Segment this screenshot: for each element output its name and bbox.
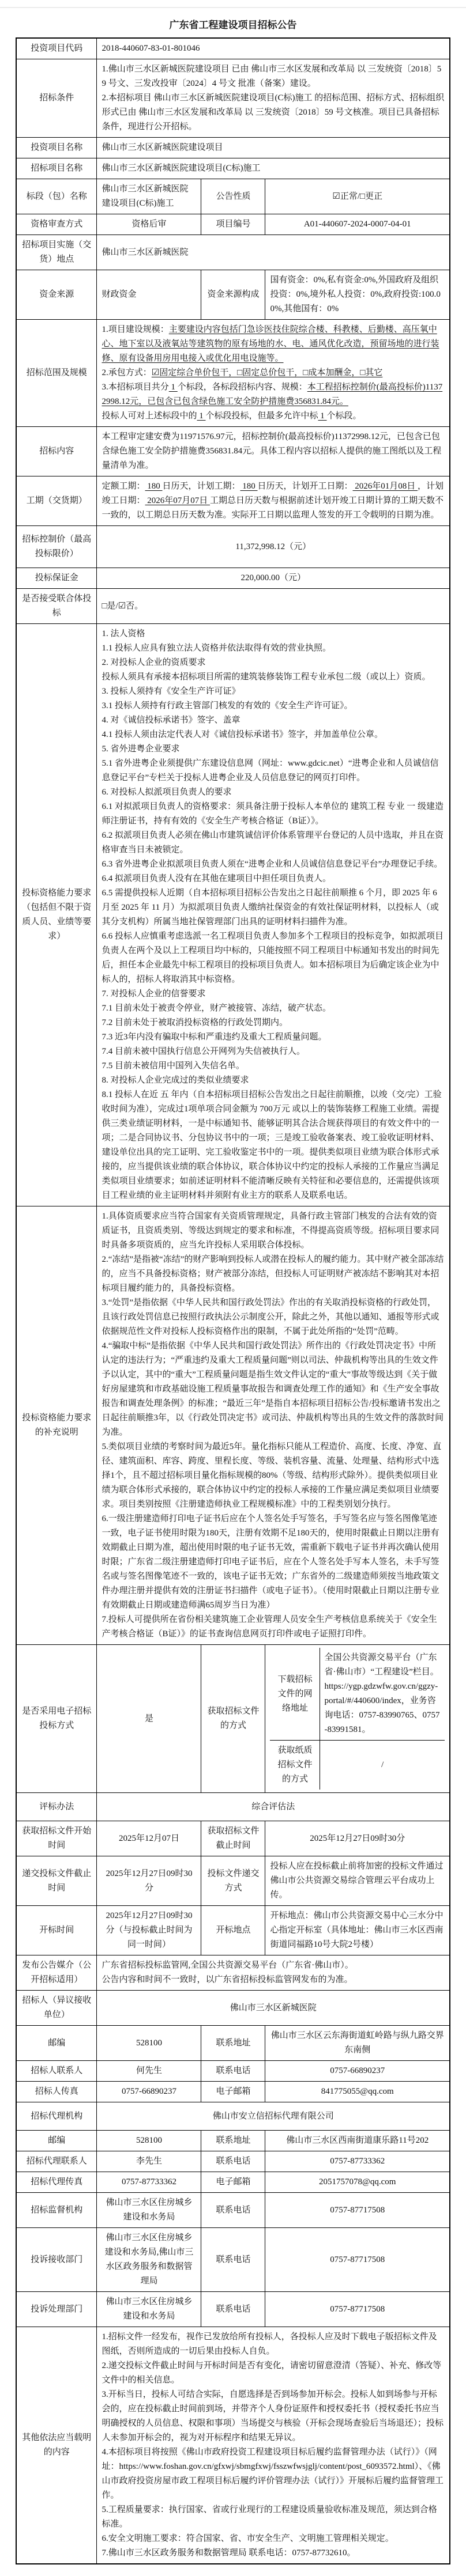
row-tenderer-contact: 招标人联系人 何先生 联系电话 0757-66890237 (16, 2061, 450, 2082)
agency-phone-label: 联系电话 (201, 2151, 265, 2172)
doc-start-time-label: 获取招标文件开始时间 (16, 1821, 97, 1856)
tenderer-postcode-value: 528100 (97, 2026, 201, 2061)
capability-requirements-label: 投标资格能力要求（包括但不限于资质人员、业绩等要求） (16, 624, 97, 1206)
opening-place-value: 开标地点：佛山市公共资源交易中心三水分中心指定开标室（具体地址：佛山市三水区西南… (265, 1906, 450, 1955)
project-number-label: 项目编号 (201, 214, 265, 235)
submission-deadline-label: 递交投标文件截止时间 (16, 1856, 97, 1906)
other-content-label: 其他依法应当载明的内容 (16, 2327, 97, 2564)
tenderer-address-value: 佛山市三水区云东海街道虹岭路与纵九路交界 东南侧 (265, 2026, 450, 2061)
doc-end-time-value: 2025年12月27日09时30分 (265, 1821, 450, 1856)
row-tender-conditions: 招标条件 1.佛山市三水区新城医院建设项目 已由 佛山市三水区发展和改革局 以 … (16, 59, 450, 138)
row-capability-supplement: 投标资格能力要求的补充说明 1.具体资质要求应当符合国家有关资质管理规定，具备行… (16, 1206, 450, 1645)
delivery-location-label: 招标项目实施（交货）地点 (16, 235, 97, 270)
electronic-bidding-value: 是 (97, 1645, 201, 1793)
submission-method-value: 投标人应在投标截止前将加密的投标文件通过佛山市公共资源交易综合管理云平台成功上传… (265, 1856, 450, 1906)
investment-project-name-label: 投资项目名称 (16, 138, 97, 158)
row-delivery-location: 招标项目实施（交货）地点 佛山市三水区新城医院 (16, 235, 450, 270)
project-number-value: A01-440607-2024-0007-04-01 (265, 214, 450, 235)
electronic-bidding-label: 是否采用电子招标投标方式 (16, 1645, 97, 1793)
row-complaint-handling: 投诉处理部门 佛山市三水区住房城乡建设和水务局 联系电话 0757-877175… (16, 2292, 450, 2327)
row-agency: 招标代理机构 佛山市安立信招标代理有限公司 (16, 2102, 450, 2131)
supervision-phone-value: 0757-87717508 (265, 2193, 450, 2228)
notice-nature-value: ☑正常/□更正 (265, 179, 450, 214)
complaint-receiving-phone-label: 联系电话 (201, 2228, 265, 2292)
announcement-media-label: 发布公告媒介（公开招标适用） (16, 1955, 97, 1991)
construction-period-label: 工期（交货期） (16, 476, 97, 526)
tenderer-email-value: 841775055@qq.com (265, 2082, 450, 2102)
tender-scope-label: 招标范围及规模 (16, 320, 97, 427)
row-electronic-bidding: 是否采用电子招标投标方式 是 获取招标文件的方式 下载招标文件的网络地址 全国公… (16, 1645, 450, 1793)
control-price-label: 招标控制价（最高投标限价） (16, 526, 97, 568)
tender-conditions-value: 1.佛山市三水区新城医院建设项目 已由 佛山市三水区发展和改革局 以 三发统资〔… (97, 59, 450, 138)
row-submission-deadline: 递交投标文件截止时间 2025年12月27日09时30分 投标文件递交方式 投标… (16, 1856, 450, 1906)
agency-address-value: 佛山市三水区西南街道康乐路11号202 (265, 2131, 450, 2151)
complaint-handling-label: 投诉处理部门 (16, 2292, 97, 2327)
funding-source-label: 资金来源 (16, 270, 97, 320)
row-tenderer: 招标人（异议接收单位） 佛山市三水区新城医院 (16, 1991, 450, 2026)
qualification-method-label: 资格审查方式 (16, 214, 97, 235)
project-code-label: 投资项目代码 (16, 38, 97, 59)
row-announcement-media: 发布公告媒介（公开招标适用） 广东省招标投标监管网,全国公共资源交易平台（广东省… (16, 1955, 450, 1991)
row-tender-project-name: 招标项目名称 佛山市三水区新城医院建设项目(C标)施工 (16, 158, 450, 179)
complaint-handling-value: 佛山市三水区住房城乡建设和水务局 (97, 2292, 201, 2327)
complaint-receiving-phone-value: 0757-87717508 (265, 2228, 450, 2292)
section-name-value: 佛山市三水区新城医院建设项目(C标)施工 (97, 179, 201, 214)
doc-start-time-value: 2025年12月07日 (97, 1821, 201, 1856)
submission-method-label: 投标文件递交方式 (201, 1856, 265, 1906)
evaluation-method-label: 评标办法 (16, 1793, 97, 1821)
row-capability-requirements: 投标资格能力要求（包括但不限于资质人员、业绩等要求） 1. 法人资格1.1 投标… (16, 624, 450, 1206)
agency-fax-value: 0757-87733362 (97, 2172, 201, 2193)
funding-composition-value: 国有资金：0%,私有资金:0%,外国政府及组织投资：0%,境外私人投资：0%,政… (265, 270, 450, 320)
consortium-bidding-label: 是否接受联合体投标 (16, 589, 97, 624)
tenderer-fax-value: 0757-66890237 (97, 2082, 201, 2102)
doc-acquisition-cell: 下载招标文件的网络地址 全国公共资源交易平台（广东省·佛山市）“工程建设”栏目。… (265, 1645, 450, 1793)
agency-contact-value: 李先生 (97, 2151, 201, 2172)
evaluation-method-value: 综合评估法 (97, 1793, 450, 1821)
tender-project-name-label: 招标项目名称 (16, 158, 97, 179)
row-section-name: 标段（包）名称 佛山市三水区新城医院建设项目(C标)施工 公告性质 ☑正常/□更… (16, 179, 450, 214)
investment-project-name-value: 佛山市三水区新城医院建设项目 (97, 138, 450, 158)
complaint-handling-phone-label: 联系电话 (201, 2292, 265, 2327)
complaint-handling-phone-value: 0757-87717508 (265, 2292, 450, 2327)
row-consortium-bidding: 是否接受联合体投标 □是/☑否。 (16, 589, 450, 624)
row-tender-scope: 招标范围及规模 1.项目建设规模：主要建设内容包括门急诊医技住院综合楼、科教楼、… (16, 320, 450, 427)
tender-project-name-value: 佛山市三水区新城医院建设项目(C标)施工 (97, 158, 450, 179)
agency-address-label: 联系地址 (201, 2131, 265, 2151)
agency-label: 招标代理机构 (16, 2102, 97, 2131)
download-address-value: 全国公共资源交易平台（广东省·佛山市）“工程建设”栏目。https://ygp.… (320, 1648, 445, 1741)
opening-place-label: 开标地点 (201, 1906, 265, 1955)
bid-bond-label: 投标保证金 (16, 568, 97, 589)
row-doc-acquisition-time: 获取招标文件开始时间 2025年12月07日 获取招标文件截止时间 2025年1… (16, 1821, 450, 1856)
tenderer-fax-label: 招标人传真 (16, 2082, 97, 2102)
row-funding-source: 资金来源 财政资金 资金来源构成 国有资金：0%,私有资金:0%,外国政府及组织… (16, 270, 450, 320)
top-divider (0, 7, 466, 8)
tender-scope-value: 1.项目建设规模：主要建设内容包括门急诊医技住院综合楼、科教楼、后勤楼、高压氧中… (97, 320, 450, 427)
agency-email-label: 电子邮箱 (201, 2172, 265, 2193)
funding-source-value: 财政资金 (97, 270, 201, 320)
row-supervision-agency: 招标监督机构 佛山市三水区住房城乡建设和水务局 联系电话 0757-877175… (16, 2193, 450, 2228)
capability-supplement-label: 投标资格能力要求的补充说明 (16, 1206, 97, 1645)
row-control-price: 招标控制价（最高投标限价） 11,372,998.12（元） (16, 526, 450, 568)
row-agency-contact: 招标代理联系人 李先生 联系电话 0757-87733362 (16, 2151, 450, 2172)
control-price-value: 11,372,998.12（元） (97, 526, 450, 568)
opening-time-value: 2025年12月27日09时30分（与投标截止时间为同一时间） (97, 1906, 201, 1955)
submission-deadline-value: 2025年12月27日09时30分 (97, 1856, 201, 1906)
complaint-receiving-value: 佛山市三水区住房城乡建设和水务局,佛山市三水区政务服务和数据管理局 (97, 2228, 201, 2292)
row-investment-project-name: 投资项目名称 佛山市三水区新城医院建设项目 (16, 138, 450, 158)
agency-phone-value: 0757-87733362 (265, 2151, 450, 2172)
tender-content-label: 招标内容 (16, 427, 97, 476)
agency-email-value: 2051757078@qq.com (265, 2172, 450, 2193)
capability-requirements-value: 1. 法人资格1.1 投标人应具有独立法人资格并依法取得有效的营业执照。2. 对… (97, 624, 450, 1206)
project-code-value: 2018-440607-83-01-801046 (97, 38, 450, 59)
agency-postcode-value: 528100 (97, 2131, 201, 2151)
row-complaint-receiving: 投诉接收部门 佛山市三水区住房城乡建设和水务局,佛山市三水区政务服务和数据管理局… (16, 2228, 450, 2292)
qualification-method-value: 资格后审 (97, 214, 201, 235)
row-evaluation-method: 评标办法 综合评估法 (16, 1793, 450, 1821)
agency-contact-label: 招标代理联系人 (16, 2151, 97, 2172)
construction-period-value: 定额工期： 180 日历天，计划工期： 180 日历天，计划开工日期： 2026… (97, 476, 450, 526)
row-agency-fax: 招标代理传真 0757-87733362 电子邮箱 2051757078@qq.… (16, 2172, 450, 2193)
tender-content-value: 本工程审定建安费为11971576.97元，招标控制价(最高投标价)113729… (97, 427, 450, 476)
row-bid-bond: 投标保证金 220,000.00（元） (16, 568, 450, 589)
complaint-receiving-label: 投诉接收部门 (16, 2228, 97, 2292)
row-project-code: 投资项目代码 2018-440607-83-01-801046 (16, 38, 450, 59)
doc-acquisition-method-label: 获取招标文件的方式 (201, 1645, 265, 1793)
agency-fax-label: 招标代理传真 (16, 2172, 97, 2193)
delivery-location-value: 佛山市三水区新城医院 (97, 235, 450, 270)
tender-announcement-table: 投资项目代码 2018-440607-83-01-801046 招标条件 1.佛… (16, 37, 450, 2564)
tenderer-address-label: 联系地址 (201, 2026, 265, 2061)
tender-conditions-label: 招标条件 (16, 59, 97, 138)
notice-nature-label: 公告性质 (201, 179, 265, 214)
funding-composition-label: 资金来源构成 (201, 270, 265, 320)
tenderer-phone-value: 0757-66890237 (265, 2061, 450, 2082)
row-construction-period: 工期（交货期） 定额工期： 180 日历天，计划工期： 180 日历天，计划开工… (16, 476, 450, 526)
doc-end-time-label: 获取招标文件截止时间 (201, 1821, 265, 1856)
row-tenderer-postcode: 邮编 528100 联系地址 佛山市三水区云东海街道虹岭路与纵九路交界 东南侧 (16, 2026, 450, 2061)
consortium-bidding-value: □是/☑否。 (97, 589, 450, 624)
row-tenderer-fax: 招标人传真 0757-66890237 电子邮箱 841775055@qq.co… (16, 2082, 450, 2102)
tenderer-postcode-label: 邮编 (16, 2026, 97, 2061)
tenderer-contact-label: 招标人联系人 (16, 2061, 97, 2082)
section-name-label: 标段（包）名称 (16, 179, 97, 214)
row-agency-postcode: 邮编 528100 联系地址 佛山市三水区西南街道康乐路11号202 (16, 2131, 450, 2151)
row-other-content: 其他依法应当载明的内容 1.招标文件一经发布，视作已发放给所有投标人，各投标人应… (16, 2327, 450, 2564)
supervision-phone-label: 联系电话 (201, 2193, 265, 2228)
capability-supplement-value: 1.具体资质要求应当符合国家有关资质管理规定，具备行政主管部门核发的合法有效的资… (97, 1206, 450, 1645)
paper-document-method-value: / (320, 1741, 445, 1790)
other-content-value: 1.招标文件一经发布，视作已发放给所有投标人，各投标人应及时下载电子版招标文件及… (97, 2327, 450, 2564)
agency-value: 佛山市安立信招标代理有限公司 (97, 2102, 450, 2131)
tenderer-email-label: 电子邮箱 (201, 2082, 265, 2102)
row-paper-document-method: 获取纸质招标文件的方式 / (270, 1741, 445, 1790)
row-tender-content: 招标内容 本工程审定建安费为11971576.97元，招标控制价(最高投标价)1… (16, 427, 450, 476)
bid-bond-value: 220,000.00（元） (97, 568, 450, 589)
tenderer-phone-label: 联系电话 (201, 2061, 265, 2082)
supervision-agency-value: 佛山市三水区住房城乡建设和水务局 (97, 2193, 201, 2228)
paper-document-method-label: 获取纸质招标文件的方式 (270, 1741, 320, 1790)
opening-time-label: 开标时间 (16, 1906, 97, 1955)
row-qualification-method: 资格审查方式 资格后审 项目编号 A01-440607-2024-0007-04… (16, 214, 450, 235)
tenderer-value: 佛山市三水区新城医院 (97, 1991, 450, 2026)
tenderer-label: 招标人（异议接收单位） (16, 1991, 97, 2026)
tenderer-contact-value: 何先生 (97, 2061, 201, 2082)
announcement-media-value: 广东省招标投标监管网,全国公共资源交易平台（广东省·佛山市）。公告内容和时间不一… (97, 1955, 450, 1991)
download-address-label: 下载招标文件的网络地址 (270, 1648, 320, 1741)
row-bid-opening: 开标时间 2025年12月27日09时30分（与投标截止时间为同一时间） 开标地… (16, 1906, 450, 1955)
page-title: 广东省工程建设项目招标公告 (0, 17, 466, 31)
supervision-agency-label: 招标监督机构 (16, 2193, 97, 2228)
agency-postcode-label: 邮编 (16, 2131, 97, 2151)
doc-acquisition-subtable: 下载招标文件的网络地址 全国公共资源交易平台（广东省·佛山市）“工程建设”栏目。… (270, 1648, 445, 1790)
row-download-address: 下载招标文件的网络地址 全国公共资源交易平台（广东省·佛山市）“工程建设”栏目。… (270, 1648, 445, 1741)
